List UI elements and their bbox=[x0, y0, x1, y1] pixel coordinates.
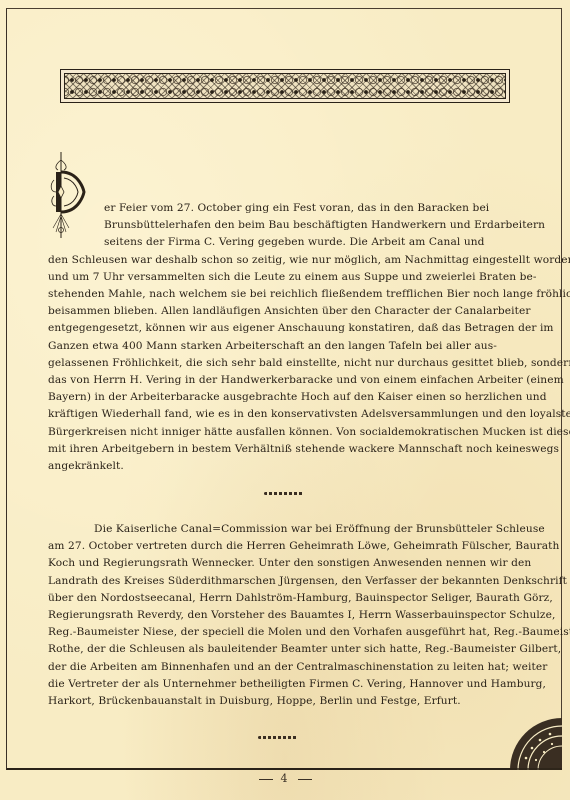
ornamental-band-icon bbox=[64, 73, 506, 99]
section-divider-icon bbox=[264, 490, 304, 496]
text-line: beisammen blieben. Allen landläufigen An… bbox=[48, 303, 482, 320]
text-line: mit ihren Arbeitgebern in bestem Verhält… bbox=[48, 441, 482, 458]
text-line: Bayern) in der Arbeiterbaracke ausgebrac… bbox=[48, 389, 482, 406]
text-line: Bürgerkreisen nicht inniger hätte ausfal… bbox=[48, 424, 482, 441]
text-line: das von Herrn H. Vering in der Handwerke… bbox=[48, 372, 482, 389]
text-line: Rothe, der die Schleusen als bauleitende… bbox=[48, 641, 482, 658]
corner-fan-ornament-icon bbox=[506, 714, 562, 770]
header-ornamental-band bbox=[60, 69, 510, 103]
text-line: Landrath des Kreises Süderdithmarschen J… bbox=[48, 573, 482, 590]
page-number: 4 bbox=[0, 772, 570, 785]
text-line: seitens der Firma C. Vering gegeben wurd… bbox=[48, 234, 482, 251]
text-line: stehenden Mahle, nach welchem sie bei re… bbox=[48, 286, 482, 303]
text-line: die Vertreter der als Unternehmer bethei… bbox=[48, 676, 482, 693]
text-line: Ganzen etwa 400 Mann starken Arbeitersch… bbox=[48, 338, 482, 355]
text-line: und um 7 Uhr versammelten sich die Leute… bbox=[48, 269, 482, 286]
paragraph-canal-commission: Die Kaiserliche Canal=Commission war bei… bbox=[48, 521, 482, 710]
dash-left bbox=[259, 779, 273, 780]
dash-right bbox=[298, 779, 312, 780]
page-number-value: 4 bbox=[281, 772, 290, 785]
text-line: über den Nordostseecanal, Herrn Dahlströ… bbox=[48, 590, 482, 607]
text-line: gelassenen Fröhlichkeit, die sich sehr b… bbox=[48, 355, 482, 372]
text-line: Koch und Regierungsrath Wennecker. Unter… bbox=[48, 555, 482, 572]
text-line: Reg.-Baumeister Niese, der speciell die … bbox=[48, 624, 482, 641]
text-line: Harkort, Brückenbauanstalt in Duisburg, … bbox=[48, 693, 482, 710]
text-line: kräftigen Wiederhall fand, wie es in den… bbox=[48, 406, 482, 423]
section-divider-icon bbox=[258, 734, 298, 740]
text-line: den Schleusen war deshalb schon so zeiti… bbox=[48, 252, 482, 269]
text-line: angekränkelt. bbox=[48, 458, 482, 475]
text-line: der die Arbeiten am Binnenhafen und an d… bbox=[48, 659, 482, 676]
paragraph-opening-festivity: er Feier vom 27. October ging ein Fest v… bbox=[48, 200, 482, 475]
text-line: Die Kaiserliche Canal=Commission war bei… bbox=[48, 521, 482, 538]
text-line: am 27. October vertreten durch die Herre… bbox=[48, 538, 482, 555]
text-line: entgegengesetzt, können wir aus eigener … bbox=[48, 320, 482, 337]
text-line: Regierungsrath Reverdy, den Vorsteher de… bbox=[48, 607, 482, 624]
text-line: Brunsbüttelerhafen den beim Bau beschäft… bbox=[48, 217, 482, 234]
text-line: er Feier vom 27. October ging ein Fest v… bbox=[48, 200, 482, 217]
